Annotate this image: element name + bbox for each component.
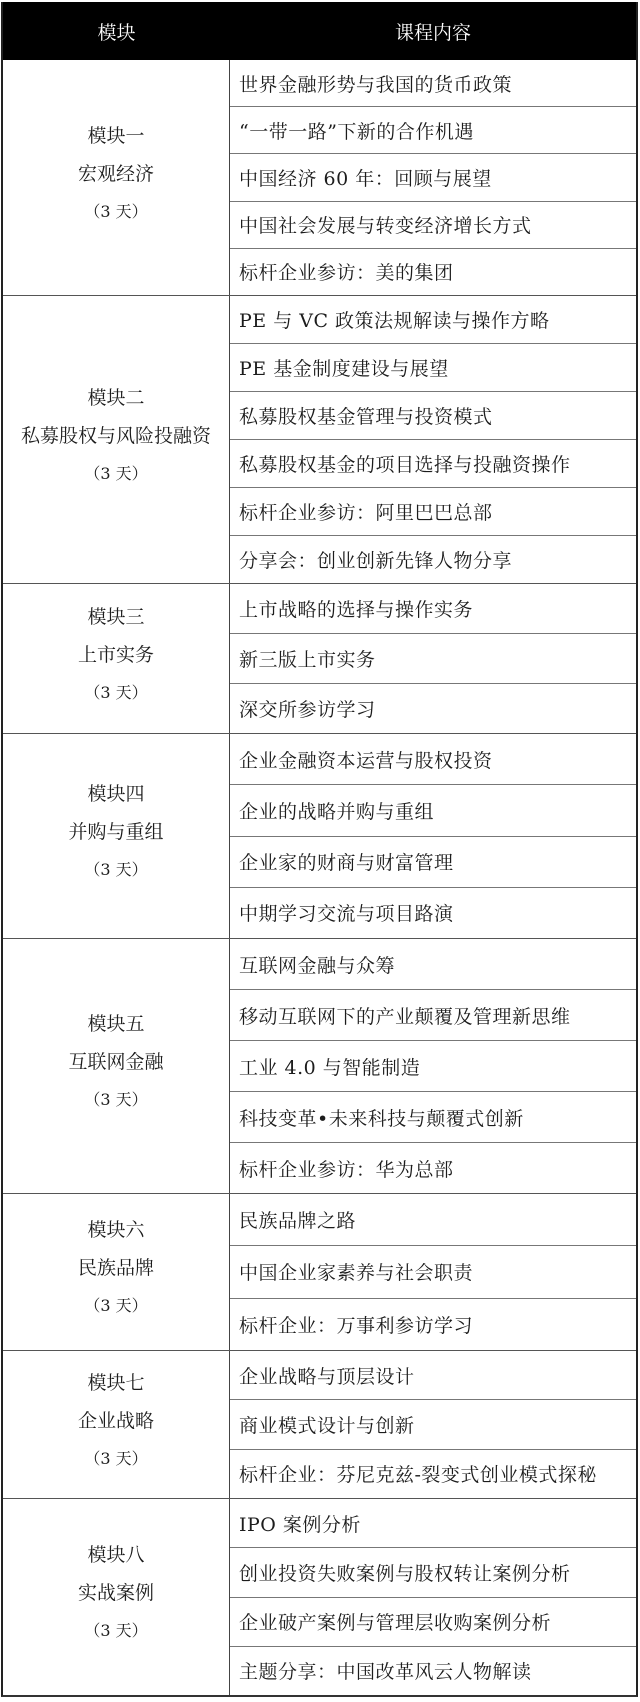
module-topic: 宏观经济: [78, 155, 154, 193]
course-item: 企业家的财商与财富管理: [230, 836, 636, 887]
module-row: 模块五互联网金融（3 天）互联网金融与众筹移动互联网下的产业颠覆及管理新思维工业…: [3, 938, 636, 1193]
course-item: 中国社会发展与转变经济增长方式: [230, 201, 636, 248]
course-list: 世界金融形势与我国的货币政策“一带一路”下新的合作机遇中国经济 60 年：回顾与…: [230, 60, 636, 295]
module-duration: （3 天）: [84, 1440, 147, 1478]
table-body: 模块一宏观经济（3 天）世界金融形势与我国的货币政策“一带一路”下新的合作机遇中…: [3, 60, 636, 1695]
course-item: 企业战略与顶层设计: [230, 1351, 636, 1399]
course-item: 科技变革•未来科技与颠覆式创新: [230, 1091, 636, 1142]
module-row: 模块一宏观经济（3 天）世界金融形势与我国的货币政策“一带一路”下新的合作机遇中…: [3, 60, 636, 295]
module-duration: （3 天）: [84, 851, 147, 889]
course-item: 分享会：创业创新先锋人物分享: [230, 535, 636, 583]
course-item: 工业 4.0 与智能制造: [230, 1040, 636, 1091]
module-topic: 互联网金融: [68, 1043, 163, 1081]
module-topic: 私募股权与风险投融资: [21, 417, 211, 455]
module-name: 模块六: [87, 1211, 144, 1249]
module-duration: （3 天）: [84, 193, 147, 231]
course-item: 企业破产案例与管理层收购案例分析: [230, 1597, 636, 1646]
module-topic: 企业战略: [78, 1402, 154, 1440]
module-row: 模块八实战案例（3 天）IPO 案例分析创业投资失败案例与股权转让案例分析企业破…: [3, 1498, 636, 1695]
course-list: 上市战略的选择与操作实务新三版上市实务深交所参访学习: [230, 584, 636, 733]
module-label: 模块七企业战略（3 天）: [3, 1351, 230, 1498]
module-label: 模块一宏观经济（3 天）: [3, 60, 230, 295]
course-item: 标杆企业参访：华为总部: [230, 1142, 636, 1193]
course-item: 企业金融资本运营与股权投资: [230, 734, 636, 784]
course-item: 深交所参访学习: [230, 683, 636, 733]
course-list: 民族品牌之路中国企业家素养与社会职责标杆企业：万事利参访学习: [230, 1194, 636, 1350]
course-item: 商业模式设计与创新: [230, 1399, 636, 1448]
course-table: 模块 课程内容 模块一宏观经济（3 天）世界金融形势与我国的货币政策“一带一路”…: [1, 2, 638, 1697]
course-item: 新三版上市实务: [230, 633, 636, 683]
course-item: 移动互联网下的产业颠覆及管理新思维: [230, 989, 636, 1040]
course-item: 世界金融形势与我国的货币政策: [230, 60, 636, 106]
module-name: 模块五: [87, 1005, 144, 1043]
module-topic: 并购与重组: [68, 813, 163, 851]
course-item: 企业的战略并购与重组: [230, 784, 636, 835]
module-name: 模块三: [87, 598, 144, 636]
course-item: PE 基金制度建设与展望: [230, 343, 636, 391]
module-name: 模块二: [87, 379, 144, 417]
module-duration: （3 天）: [84, 674, 147, 712]
module-name: 模块一: [87, 117, 144, 155]
module-name: 模块八: [87, 1536, 144, 1574]
module-label: 模块三上市实务（3 天）: [3, 584, 230, 733]
course-list: PE 与 VC 政策法规解读与操作方略PE 基金制度建设与展望私募股权基金管理与…: [230, 296, 636, 583]
module-label: 模块四并购与重组（3 天）: [3, 734, 230, 938]
module-row: 模块七企业战略（3 天）企业战略与顶层设计商业模式设计与创新标杆企业：芬尼克兹-…: [3, 1350, 636, 1498]
module-topic: 上市实务: [78, 636, 154, 674]
course-list: 企业战略与顶层设计商业模式设计与创新标杆企业：芬尼克兹-裂变式创业模式探秘: [230, 1351, 636, 1498]
module-row: 模块六民族品牌（3 天）民族品牌之路中国企业家素养与社会职责标杆企业：万事利参访…: [3, 1193, 636, 1350]
course-item: 标杆企业参访：阿里巴巴总部: [230, 487, 636, 535]
course-item: 中期学习交流与项目路演: [230, 887, 636, 938]
header-content: 课程内容: [230, 18, 636, 45]
course-list: 互联网金融与众筹移动互联网下的产业颠覆及管理新思维工业 4.0 与智能制造科技变…: [230, 939, 636, 1193]
module-topic: 民族品牌: [78, 1249, 154, 1287]
course-item: IPO 案例分析: [230, 1499, 636, 1547]
course-item: 创业投资失败案例与股权转让案例分析: [230, 1547, 636, 1596]
course-item: 中国企业家素养与社会职责: [230, 1245, 636, 1297]
course-item: 中国经济 60 年：回顾与展望: [230, 153, 636, 200]
course-item: 民族品牌之路: [230, 1194, 636, 1245]
course-item: 私募股权基金的项目选择与投融资操作: [230, 439, 636, 487]
module-row: 模块四并购与重组（3 天）企业金融资本运营与股权投资企业的战略并购与重组企业家的…: [3, 733, 636, 938]
course-list: IPO 案例分析创业投资失败案例与股权转让案例分析企业破产案例与管理层收购案例分…: [230, 1499, 636, 1695]
module-duration: （3 天）: [84, 1081, 147, 1119]
module-duration: （3 天）: [84, 1612, 147, 1650]
table-header: 模块 课程内容: [3, 2, 636, 60]
module-name: 模块四: [87, 775, 144, 813]
course-list: 企业金融资本运营与股权投资企业的战略并购与重组企业家的财商与财富管理中期学习交流…: [230, 734, 636, 938]
module-duration: （3 天）: [84, 455, 147, 493]
module-label: 模块八实战案例（3 天）: [3, 1499, 230, 1695]
course-item: 私募股权基金管理与投资模式: [230, 391, 636, 439]
module-label: 模块六民族品牌（3 天）: [3, 1194, 230, 1350]
module-row: 模块三上市实务（3 天）上市战略的选择与操作实务新三版上市实务深交所参访学习: [3, 583, 636, 733]
course-item: 主题分享：中国改革风云人物解读: [230, 1646, 636, 1695]
module-duration: （3 天）: [84, 1287, 147, 1325]
course-item: “一带一路”下新的合作机遇: [230, 106, 636, 153]
module-label: 模块二私募股权与风险投融资（3 天）: [3, 296, 230, 583]
course-item: 标杆企业：芬尼克兹-裂变式创业模式探秘: [230, 1449, 636, 1498]
course-item: 标杆企业参访：美的集团: [230, 248, 636, 295]
module-row: 模块二私募股权与风险投融资（3 天）PE 与 VC 政策法规解读与操作方略PE …: [3, 295, 636, 583]
module-topic: 实战案例: [78, 1574, 154, 1612]
module-name: 模块七: [87, 1364, 144, 1402]
course-item: PE 与 VC 政策法规解读与操作方略: [230, 296, 636, 343]
course-item: 标杆企业：万事利参访学习: [230, 1298, 636, 1350]
course-item: 互联网金融与众筹: [230, 939, 636, 989]
course-item: 上市战略的选择与操作实务: [230, 584, 636, 633]
header-module: 模块: [3, 18, 230, 45]
module-label: 模块五互联网金融（3 天）: [3, 939, 230, 1193]
